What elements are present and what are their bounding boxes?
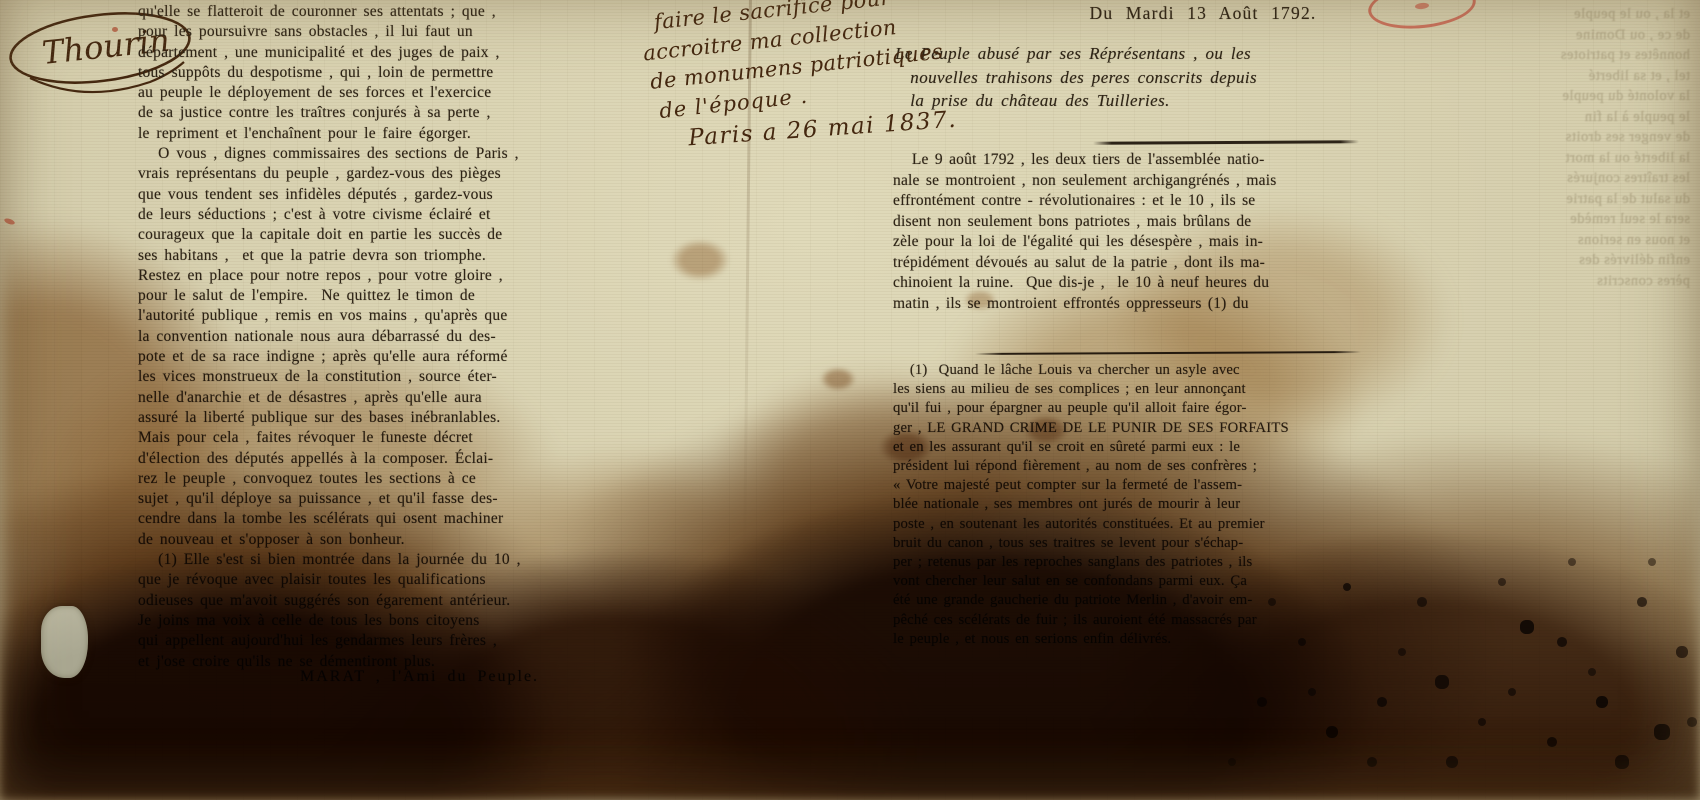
- footnote-line: les siens au milieu de ses complices ; e…: [893, 380, 1413, 399]
- text-line: de nouveau et s'opposer à son bonheur.: [138, 530, 673, 550]
- subtitle-line: la prise du château des Tuilleries.: [895, 89, 1415, 113]
- text-line: Je joins ma voix à celle de tous les bon…: [138, 611, 673, 631]
- text-line: matin , ils se montroient effrontés oppr…: [893, 294, 1413, 315]
- text-line: zèle pour la loi de l'égalité qui les dé…: [893, 232, 1413, 253]
- text-line: nale se montroient , non seulement archi…: [893, 171, 1413, 192]
- bleedthrough-line: la volonté du peuple: [1402, 86, 1690, 107]
- text-line: pour le salut de l'empire. Ne quittez le…: [138, 286, 673, 306]
- bleedthrough-line: pères conscrits: [1402, 271, 1690, 292]
- marat-signature-line: MARAT , l'Ami du Peuple.: [300, 668, 539, 686]
- section-rule: [1093, 140, 1359, 145]
- subtitle-line: Le Peuple abusé par ses Réprésentans , o…: [895, 42, 1415, 66]
- subtitle-line: nouvelles trahisons des peres conscrits …: [895, 66, 1415, 90]
- text-line: d'élection des députés appellés à la com…: [138, 449, 673, 469]
- text-line: sujet , qu'il déploye sa puissance , et …: [138, 489, 673, 509]
- text-line: pour les poursuivre sans obstacles , il …: [138, 22, 673, 42]
- scanned-newspaper-page: et la , ou le peuplede ce , ou Dominehon…: [0, 0, 1700, 800]
- issue-date-heading: Du Mardi 13 Août 1792.: [893, 3, 1408, 24]
- bleedthrough-line: la liberté ou la mort: [1402, 148, 1690, 169]
- text-line: Restez en place pour notre repos , pour …: [138, 266, 673, 286]
- text-line: assuré la liberté publique sur des bases…: [138, 408, 673, 428]
- bleedthrough-line: le peuple à la fin: [1402, 107, 1690, 128]
- footnote-line: président lui répond fièrement , au nom …: [893, 457, 1413, 476]
- text-line: (1) Elle s'est si bien montrée dans la j…: [138, 550, 673, 570]
- text-line: courageux que la capitale doit en partie…: [138, 225, 673, 245]
- bleedthrough-line: du salut de la patrie: [1402, 189, 1690, 210]
- text-line: ses habitans , et que la patrie devra so…: [138, 246, 673, 266]
- bleedthrough-line: de venger ses droits: [1402, 127, 1690, 148]
- footnote-line: pêché ces scélérats de fuir ; ils auroie…: [893, 611, 1413, 630]
- text-line: rez le peuple , convoquez toutes les sec…: [138, 469, 673, 489]
- paper-repair-patch: [41, 606, 88, 678]
- bleedthrough-text: et la , ou le peuplede ce , ou Dominehon…: [1402, 4, 1690, 664]
- footnote-line: per ; retenus par les reproches sanglans…: [893, 553, 1413, 572]
- text-line: chinoient la ruine. Que dis-je , le 10 à…: [893, 273, 1413, 294]
- red-ink-speck: [112, 27, 118, 32]
- text-line: cendre dans la tombe les scélérats qui o…: [138, 509, 673, 529]
- footnote-line: bruit du canon , tous ses traitres se le…: [893, 534, 1413, 553]
- text-line: tous suppôts du despotisme , qui , loin …: [138, 63, 673, 83]
- footnote-line: le peuple , et nous en serions enfin dél…: [893, 630, 1413, 649]
- text-line: que je révoque avec plaisir toutes les q…: [138, 570, 673, 590]
- text-line: Mais pour cela , faites révoquer le fune…: [138, 428, 673, 448]
- text-line: la convention nationale nous aura débarr…: [138, 327, 673, 347]
- footnote-line: (1) Quand le lâche Louis va chercher un …: [893, 361, 1413, 380]
- footnote-line: qu'il fui , pour épargner au peuple qu'i…: [893, 399, 1413, 418]
- text-line: odieuses que m'avoit suggérés son égarem…: [138, 591, 673, 611]
- text-line: au peuple le déployement de ses forces e…: [138, 83, 673, 103]
- text-line: effrontément contre - révolutionaires : …: [893, 191, 1413, 212]
- text-line: l'autorité publique , remis en vos mains…: [138, 306, 673, 326]
- bleedthrough-line: et nous en serions: [1402, 230, 1690, 251]
- footnote-line: blée nationale , ses membres ont jurés d…: [893, 495, 1413, 514]
- text-line: de sa justice contre les traîtres conjur…: [138, 103, 673, 123]
- footnote-line: poste , en soutenant les autorités const…: [893, 515, 1413, 534]
- bleedthrough-line: sera le seul remède: [1402, 209, 1690, 230]
- footnote-line: « Votre majesté peut compter sur la ferm…: [893, 476, 1413, 495]
- text-line: de leurs séductions ; c'est à votre civi…: [138, 205, 673, 225]
- bleedthrough-line: enfin délivrés des: [1402, 250, 1690, 271]
- text-line: O vous , dignes commissaires des section…: [138, 144, 673, 164]
- text-line: disent non seulement bons patriotes , ma…: [893, 212, 1413, 233]
- bleedthrough-line: les traîtres conjurés: [1402, 168, 1690, 189]
- text-line: département , une municipalité et des ju…: [138, 43, 673, 63]
- footnote-text: (1) Quand le lâche Louis va chercher un …: [893, 361, 1413, 649]
- text-line: vrais représentans du peuple , gardez-vo…: [138, 164, 673, 184]
- text-line: Le 9 août 1792 , les deux tiers de l'ass…: [893, 150, 1413, 171]
- mould-speckles: [0, 0, 4, 4]
- bleedthrough-line: de ce , ou Domine: [1402, 25, 1690, 46]
- text-line: nelle d'anarchie et de désastres , après…: [138, 388, 673, 408]
- bleedthrough-line: tel , et sa liberté: [1402, 66, 1690, 87]
- footnote-line: ger , LE GRAND CRIME DE LE PUNIR DE SES …: [893, 419, 1413, 438]
- text-line: trépidément dévoués au salut de la patri…: [893, 253, 1413, 274]
- text-line: qu'elle se flatteroit de couronner ses a…: [138, 2, 673, 22]
- text-line: les vices monstrueux de la constitution …: [138, 367, 673, 387]
- text-line: qui appellent aujourd'hui les gendarmes …: [138, 631, 673, 651]
- footnote-line: vont chercher leur salut en se confondan…: [893, 572, 1413, 591]
- left-column-text: qu'elle se flatteroit de couronner ses a…: [138, 2, 673, 672]
- text-line: que vous tendent ses infidèles députés ,…: [138, 185, 673, 205]
- article-body-text: Le 9 août 1792 , les deux tiers de l'ass…: [893, 150, 1413, 314]
- footnote-line: été une grande gaucherie du patriote Mer…: [893, 591, 1413, 610]
- footnote-rule: [975, 351, 1361, 355]
- red-ink-speck: [3, 217, 15, 225]
- text-line: pote et de sa race indigne ; après qu'el…: [138, 347, 673, 367]
- article-subtitle: Le Peuple abusé par ses Réprésentans , o…: [895, 42, 1415, 113]
- text-line: le repriment et l'enchaînent pour le fai…: [138, 124, 673, 144]
- footnote-line: et en les assurant qu'il se croit en sûr…: [893, 438, 1413, 457]
- bleedthrough-line: honnêtes et patriotes: [1402, 45, 1690, 66]
